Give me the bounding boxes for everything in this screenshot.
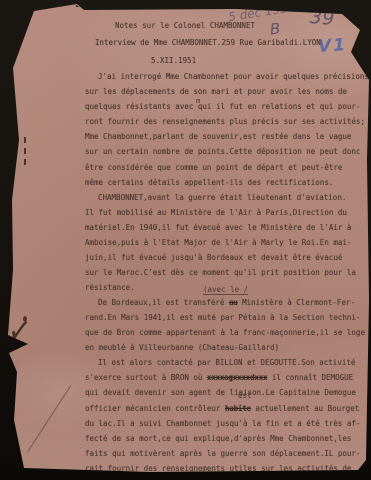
document-line: Amboise,puis à l'Etat Major de l'Air à M… — [85, 235, 371, 250]
document-line: De Bordeaux,il est transféré au Ministèr… — [85, 295, 371, 310]
document-line: sur le Maroc.C'est dès ce moment qu'il p… — [85, 265, 371, 280]
struck-text: xxxxagxxxxdxxx — [207, 373, 267, 382]
document-line: ront fournir des renseignements plus pré… — [85, 114, 371, 129]
line-text: même certains détails appellent-ils des … — [85, 178, 333, 187]
document-line: faits qui motivèrent après la guerre son… — [85, 446, 371, 461]
document-line: être considérée que comme un point de dé… — [85, 160, 371, 175]
line-text: faits qui motivèrent après la guerre son… — [85, 449, 360, 458]
line-text: ront fournir des renseignements plus pré… — [85, 117, 365, 126]
line-text: quelques résistants avec qui il fut en r… — [85, 102, 360, 111]
scanned-archive-document: { "colors":{ "paper":"#b28a7d", "ink":"#… — [0, 0, 371, 480]
line-text: CHAMBONNET,avant la guerre était lieuten… — [98, 193, 346, 202]
document-line: Mme Chambonnet,parlant de souvenir,est r… — [85, 129, 371, 144]
margin-check-mark: ✓ — [7, 311, 33, 351]
document-line: officier mécanicien contrôleur habite ac… — [85, 401, 371, 416]
line-text: s'exerce surtout à BRON où — [85, 373, 207, 382]
typewritten-document: Notes sur le Colonel CHAMBONNET Intervie… — [85, 17, 371, 476]
line-text: Mme Chambonnet,parlant de souvenir,est r… — [85, 132, 351, 141]
line-text: en meublé à Villeurbanne (Chateau-Gailla… — [85, 343, 279, 352]
document-line: Il fut mobilisé au Ministère de l'Air à … — [85, 205, 371, 220]
document-line: CHAMBONNET,avant la guerre était lieuten… — [85, 190, 371, 205]
document-line: en meublé à Villeurbanne (Chateau-Gailla… — [85, 340, 371, 355]
line-text: sur le Maroc.C'est dès ce moment qu'il p… — [85, 268, 356, 277]
document-line: juin,il fut évacué jusqu'à Bordeaux et d… — [85, 250, 371, 265]
line-text: être considérée que comme un point de dé… — [85, 163, 342, 172]
line-text: du lac.Il a suivi Chambonnet jusqu'à la … — [85, 419, 360, 428]
line-text: rand.En Mars 1941,il est muté par Pétain… — [85, 313, 360, 322]
line-text: officier mécanicien contrôleur — [85, 404, 225, 413]
document-line: sur les déplacements de son mari et pour… — [85, 84, 371, 99]
document-line: rait fournir des renseignements utiles s… — [85, 461, 371, 476]
document-line: fecté de sa mort,ce qui explique,d'après… — [85, 431, 371, 446]
struck-text: habite — [225, 404, 251, 413]
document-date: 5.XII.1951 — [85, 52, 371, 69]
document-title: Notes sur le Colonel CHAMBONNET — [85, 17, 371, 34]
document-line: même certains détails appellent-ils des … — [85, 175, 371, 190]
document-line: matériel.En 1940,il fut évacué avec le M… — [85, 220, 371, 235]
typed-subscript-correction: m — [196, 97, 200, 105]
paper-sheet: 2 5 déc 1951 39 B V1 Notes sur le Colone… — [0, 0, 371, 480]
document-line: sur un certain nombre de points.Cette dé… — [85, 144, 371, 159]
line-text: juin,il fut évacué jusqu'à Bordeaux et d… — [85, 253, 342, 262]
line-text: qui devait devenir son agent de liaison.… — [85, 388, 356, 397]
margin-dash-mark — [24, 137, 26, 167]
line-text: J'ai interrogé Mme Chambonnet pour avoir… — [98, 72, 369, 81]
document-line: Il est alors contacté par BILLON et DEGO… — [85, 355, 371, 370]
line-text: sur les déplacements de son mari et pour… — [85, 87, 347, 96]
line-text: De Bordeaux,il est transféré — [98, 298, 229, 307]
document-line: quelques résistants avec qui il fut en r… — [85, 99, 371, 114]
typed-insertion-est: est — [238, 391, 252, 400]
line-text: Ministère à Clermont-Fer- — [238, 298, 355, 307]
top-edge-mark: 2 — [75, 0, 80, 9]
document-subtitle: Interview de Mme CHAMBONNET.259 Rue Gari… — [85, 34, 371, 51]
struck-text: au — [229, 298, 238, 307]
document-line: qui devait devenir son agent de liaison.… — [85, 385, 371, 400]
line-text: actuellement au Bourget — [251, 404, 359, 413]
document-line: J'ai interrogé Mme Chambonnet pour avoir… — [85, 69, 371, 84]
line-text: il connaît DEMOGUE — [267, 373, 353, 382]
document-line: rand.En Mars 1941,il est muté par Pétain… — [85, 310, 371, 325]
line-text: rait fournir des renseignements utiles s… — [85, 464, 351, 473]
line-text: fecté de sa mort,ce qui explique,d'après… — [85, 434, 351, 443]
line-text: résistance. — [85, 283, 135, 292]
document-body: J'ai interrogé Mme Chambonnet pour avoir… — [85, 69, 371, 476]
document-line: du lac.Il a suivi Chambonnet jusqu'à la … — [85, 416, 371, 431]
document-line: s'exerce surtout à BRON où xxxxagxxxxdxx… — [85, 370, 371, 385]
document-line: que de Bron comme appartenant à la franc… — [85, 325, 371, 340]
margin-ink-dot — [23, 316, 27, 322]
line-text: Il fut mobilisé au Ministère de l'Air à … — [85, 208, 347, 217]
line-text: sur un certain nombre de points.Cette dé… — [85, 147, 360, 156]
typed-insertion-avec-le: (avec le / — [203, 285, 248, 295]
line-text: matériel.En 1940,il fut évacué avec le M… — [85, 223, 351, 232]
pencil-diagonal-line — [27, 385, 72, 453]
line-text: que de Bron comme appartenant à la franc… — [85, 328, 365, 337]
line-text: Amboise,puis à l'Etat Major de l'Air à M… — [85, 238, 351, 247]
line-text: Il est alors contacté par BILLON et DEGO… — [98, 358, 355, 367]
